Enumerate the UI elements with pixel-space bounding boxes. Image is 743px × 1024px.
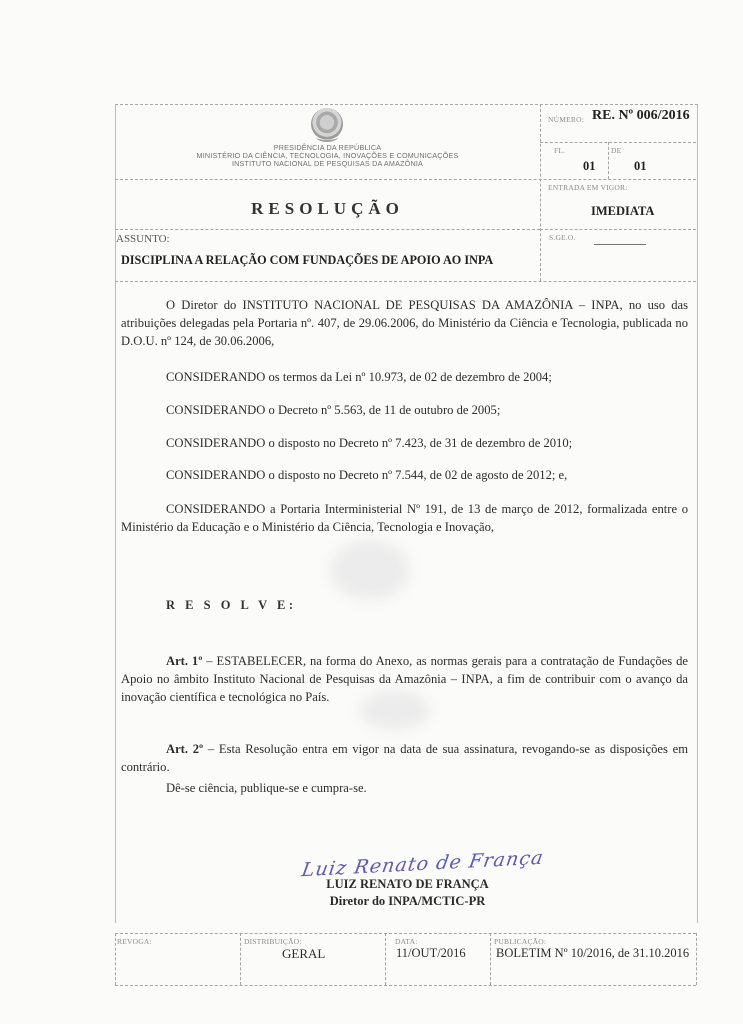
de-value: 01	[634, 159, 647, 174]
header-column-divider	[540, 104, 541, 281]
publicacao-value: BOLETIM Nº 10/2016, de 31.10.2016	[496, 946, 689, 961]
header-divider	[115, 179, 696, 180]
numero-divider	[540, 142, 696, 143]
assunto-label: ASSUNTO:	[116, 233, 170, 245]
signatory-name: LUIZ RENATO DE FRANÇA	[280, 877, 535, 892]
data-label: DATA:	[395, 937, 417, 946]
article-2-label: Art. 2º	[166, 742, 203, 756]
closing-line: Dê-se ciência, publique-se e cumpra-se.	[166, 781, 367, 796]
footer-divider-1	[240, 933, 241, 985]
article-2: Art. 2º – Esta Resolução entra em vigor …	[121, 740, 688, 776]
de-label: DE	[611, 146, 621, 155]
footer-divider-3	[490, 933, 491, 985]
article-1-label: Art. 1º	[166, 654, 202, 668]
footer-right-edge	[696, 933, 697, 985]
document-type-title: RESOLUÇÃO	[115, 199, 540, 219]
sgeo-blank-line	[594, 244, 646, 245]
fl-label: FL.	[554, 146, 565, 155]
article-2-text: – Esta Resolução entra em vigor na data …	[121, 742, 688, 774]
article-1-text: – ESTABELECER, na forma do Anexo, as nor…	[121, 654, 688, 704]
fl-de-divider	[608, 142, 609, 179]
footer-bottom-divider	[115, 985, 696, 986]
entrada-divider	[540, 229, 696, 230]
footer-top-divider	[115, 933, 696, 934]
article-1: Art. 1º – ESTABELECER, na forma do Anexo…	[121, 652, 688, 706]
considerando-4: CONSIDERANDO o disposto no Decreto nº 7.…	[166, 468, 567, 483]
assunto-value: DISCIPLINA A RELAÇÃO COM FUNDAÇÕES DE AP…	[121, 253, 493, 268]
intro-paragraph: O Diretor do INSTITUTO NACIONAL DE PESQU…	[121, 296, 688, 350]
numero-label: NÚMERO:	[548, 115, 584, 124]
considerando-5: CONSIDERANDO a Portaria Interministerial…	[121, 500, 688, 536]
title-divider	[115, 229, 540, 230]
entrada-value: IMEDIATA	[591, 204, 654, 219]
publicacao-label: PUBLICAÇÃO:	[494, 937, 546, 946]
considerando-2: CONSIDERANDO o Decreto nº 5.563, de 11 d…	[166, 403, 500, 418]
footer-left-edge	[115, 933, 116, 985]
revoga-label: REVOGA:	[117, 937, 152, 946]
footer-divider-2	[385, 933, 386, 985]
signatory-role: Diretor do INPA/MCTIC-PR	[280, 894, 535, 909]
distribuicao-value: GERAL	[282, 946, 325, 962]
distribuicao-label: DISTRIBUIÇÃO:	[244, 937, 302, 946]
resolve-heading: R E S O L V E:	[166, 598, 297, 613]
entrada-label: ENTRADA EM VIGOR:	[548, 183, 628, 192]
data-value: 11/OUT/2016	[396, 946, 466, 961]
considerando-1: CONSIDERANDO os termos da Lei nº 10.973,…	[166, 370, 552, 385]
numero-value: RE. Nº 006/2016	[592, 108, 690, 124]
header-bottom-divider	[115, 281, 696, 282]
brazil-coat-of-arms-icon	[311, 108, 343, 140]
gov-line-instituto: INSTITUTO NACIONAL DE PESQUISAS DA AMAZÔ…	[115, 160, 540, 168]
fl-value: 01	[583, 159, 596, 174]
document-page: PRESIDÊNCIA DA REPÚBLICA MINISTÉRIO DA C…	[0, 0, 743, 1024]
considerando-3: CONSIDERANDO o disposto no Decreto nº 7.…	[166, 436, 572, 451]
sgeo-label: S.GE.O.	[549, 233, 576, 242]
